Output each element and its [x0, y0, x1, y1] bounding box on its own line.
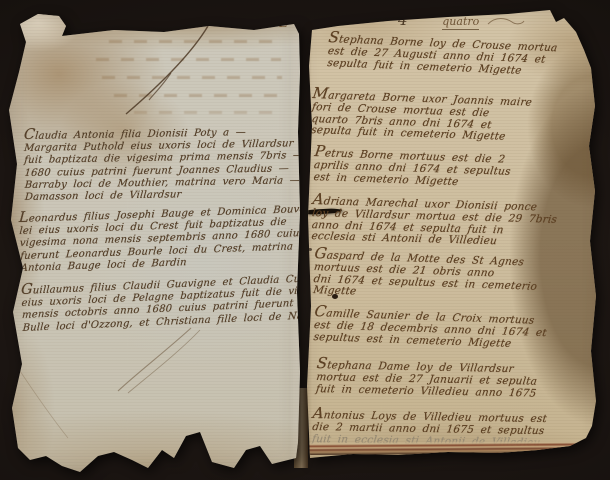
- manuscript-paragraph: Stephana Dame loy de Villardsurmortua es…: [315, 358, 537, 400]
- manuscript-paragraph: Camille Saunier de la Croix mortuusest d…: [313, 306, 547, 351]
- folio-margin-mark: E: [279, 16, 288, 30]
- folio-header: 4t quatro: [398, 10, 479, 29]
- manuscript-paragraph: Adriana Marechal uxor Dionisii ponceloy …: [311, 194, 557, 250]
- manuscript-paragraph: Margareta Borne uxor Joannis mairefori d…: [310, 88, 531, 145]
- manuscript-paragraph: Gaspard de la Motte des St Agnesmortuus …: [312, 248, 537, 305]
- left-page-wrap: E Claudia Antonia filia Dionisii Poty a …: [4, 12, 302, 474]
- bleedthrough-line: [102, 76, 282, 79]
- folio-number: 4: [398, 11, 408, 29]
- folio-number-superscript: t: [408, 12, 412, 22]
- manuscript-scan: E Claudia Antonia filia Dionisii Poty a …: [0, 0, 610, 480]
- bleedthrough-line: [96, 58, 281, 61]
- manuscript-paragraph: Petrus Borne mortuus est die 2aprilis an…: [313, 146, 511, 190]
- handwritten-line: fuit in cemeterio Villedieu anno 1675: [315, 384, 537, 400]
- folio-word: quatro: [442, 15, 479, 30]
- manuscript-paragraph: Stephana Borne loy de Crouse mortuaest d…: [326, 32, 557, 79]
- handwritten-line: fuit in ecclesia sti Antonii de Villedie…: [311, 434, 547, 450]
- manuscript-paragraph: Guillaumus filius Claudii Guavigne et Cl…: [20, 270, 337, 335]
- manuscript-paragraph: Claudia Antonia filia Dionisii Poty a —M…: [23, 124, 310, 204]
- bleedthrough-line: [134, 111, 274, 114]
- folio-flourish: [486, 14, 526, 30]
- right-page: 4t quatro Stephana Borne loy de Crouse m…: [298, 6, 604, 470]
- left-page: E Claudia Antonia filia Dionisii Poty a …: [4, 12, 302, 474]
- bleedthrough-line: [109, 40, 274, 43]
- bleedthrough-line: [114, 94, 279, 97]
- right-page-wrap: 4t quatro Stephana Borne loy de Crouse m…: [298, 6, 604, 470]
- ink-dot: [308, 248, 312, 251]
- manuscript-paragraph: Antonius Loys de Villedieu mortuus estdi…: [311, 408, 546, 449]
